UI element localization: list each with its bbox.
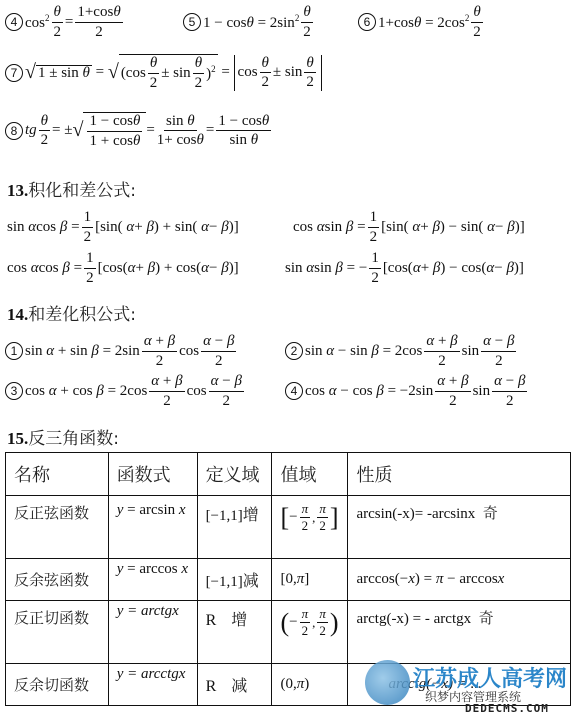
watermark-logo-icon bbox=[365, 660, 410, 705]
section-13-heading: 13.积化和差公式: bbox=[7, 176, 136, 201]
table-row: 反正切函数 y = arctgx R 增 (−π2,π2) arctg(-x) … bbox=[6, 601, 571, 664]
watermark-url: DEDECMS.COM bbox=[465, 702, 549, 715]
circled-number: 6 bbox=[358, 13, 376, 31]
circled-number: 1 bbox=[5, 342, 23, 360]
product-to-sum-3: cos αcos β = 12 [cos(α+ β) + cos(α− β)] bbox=[7, 250, 239, 286]
cell-range: [0,π] bbox=[272, 559, 348, 601]
formula-6: 6 1+cosθ = 2cos2 θ2 bbox=[358, 4, 485, 40]
circled-number: 4 bbox=[285, 382, 303, 400]
cell-property: arccos(−x) = π − arccosx bbox=[348, 559, 571, 601]
cell-name: 反余弦函数 bbox=[6, 559, 109, 601]
product-to-sum-2: cos αsin β = 12 [sin( α+ β) − sin( α− β)… bbox=[293, 209, 525, 245]
sum-to-product-3: 3 cos α + cos β = 2cos α + β2 cos α − β2 bbox=[5, 373, 246, 409]
cell-range: [−π2,π2] bbox=[272, 496, 348, 559]
watermark: 江苏成人高考网 织梦内容管理系统 DEDECMS.COM bbox=[365, 660, 575, 715]
header-range: 值域 bbox=[272, 453, 348, 496]
header-formula: 函数式 bbox=[108, 453, 197, 496]
product-to-sum-4: sin αsin β = − 12 [cos(α+ β) − cos(α− β)… bbox=[285, 250, 524, 286]
header-name: 名称 bbox=[6, 453, 109, 496]
circled-number: 5 bbox=[183, 13, 201, 31]
table-header-row: 名称 函数式 定义域 值域 性质 bbox=[6, 453, 571, 496]
cell-range: (−π2,π2) bbox=[272, 601, 348, 664]
circled-number: 2 bbox=[285, 342, 303, 360]
formula-5: 5 1 − cosθ = 2sin2 θ2 bbox=[183, 4, 315, 40]
cell-formula: y = arcctgx bbox=[108, 664, 197, 706]
cell-range: (0,π) bbox=[272, 664, 348, 706]
sum-to-product-1: 1 sin α + sin β = 2sin α + β2 cos α − β2 bbox=[5, 333, 238, 369]
cell-formula: y = arcsin x bbox=[108, 496, 197, 559]
cell-property: arctg(-x) = - arctgx 奇 bbox=[348, 601, 571, 664]
formula-4: 4 cos2 θ2 = 1+cosθ2 bbox=[5, 4, 125, 40]
cell-domain: R 减 bbox=[197, 664, 272, 706]
header-domain: 定义域 bbox=[197, 453, 272, 496]
table-row: 反正弦函数 y = arcsin x [−1,1]增 [−π2,π2] arcs… bbox=[6, 496, 571, 559]
circled-number: 3 bbox=[5, 382, 23, 400]
product-to-sum-1: sin αcos β = 12 [sin( α+ β) + sin( α− β)… bbox=[7, 209, 239, 245]
circled-number: 4 bbox=[5, 13, 23, 31]
sum-to-product-2: 2 sin α − sin β = 2cos α + β2 sin α − β2 bbox=[285, 333, 518, 369]
cell-name: 反正弦函数 bbox=[6, 496, 109, 559]
cell-formula: y = arccos x bbox=[108, 559, 197, 601]
sum-to-product-4: 4 cos α − cos β = −2sin α + β2 sin α − β… bbox=[285, 373, 529, 409]
cell-domain: R 增 bbox=[197, 601, 272, 664]
cell-domain: [−1,1]增 bbox=[197, 496, 272, 559]
formula-7: 7 √1 ± sin θ = √ (cosθ2 ± sinθ2 )2 = cos… bbox=[5, 54, 322, 91]
formula-8: 8 tg θ2 = ± √ 1 − cosθ1 + cosθ = sin θ1+… bbox=[5, 112, 273, 149]
table-row: 反余弦函数 y = arccos x [−1,1]减 [0,π] arccos(… bbox=[6, 559, 571, 601]
cell-formula: y = arctgx bbox=[108, 601, 197, 664]
circled-number: 7 bbox=[5, 64, 23, 82]
cell-property: arcsin(-x)= -arcsinx 奇 bbox=[348, 496, 571, 559]
cell-name: 反正切函数 bbox=[6, 601, 109, 664]
section-14-heading: 14.和差化积公式: bbox=[7, 300, 136, 325]
circled-number: 8 bbox=[5, 122, 23, 140]
header-property: 性质 bbox=[348, 453, 571, 496]
section-15-heading: 15.反三角函数: bbox=[7, 424, 119, 449]
cell-name: 反余切函数 bbox=[6, 664, 109, 706]
cell-domain: [−1,1]减 bbox=[197, 559, 272, 601]
